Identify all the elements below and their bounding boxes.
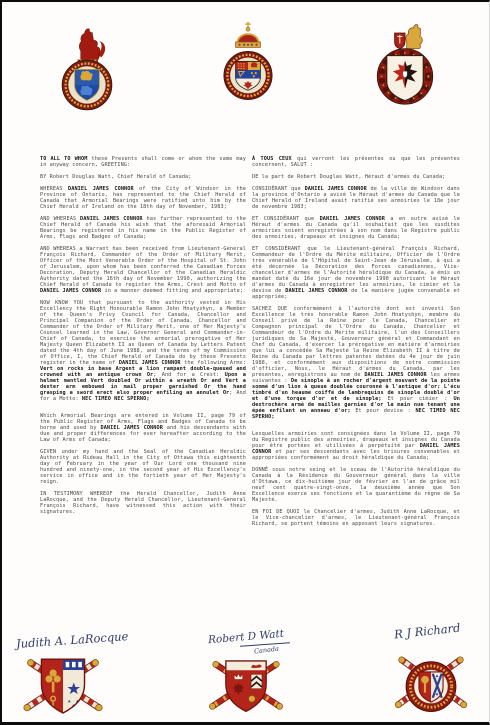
- lion-rampant: [79, 29, 99, 60]
- tree-foliage: [54, 675, 61, 682]
- chief-tower: [78, 662, 82, 667]
- france-fleur: [251, 72, 253, 74]
- text-run: DONNÉ sous notre seing et le sceau de l'…: [252, 467, 460, 503]
- paragraph: ET CONSIDÉRANT que le Lieutenant-général…: [252, 246, 460, 300]
- signature-deputy-herald-chancellor: R J Richard: [393, 621, 461, 642]
- signature-herald-chancellor: Judith A. LaRocque: [16, 629, 129, 651]
- france-fleur: [255, 72, 257, 74]
- crown-jewel: [256, 44, 258, 46]
- paragraph: NOW KNOW YOU that pursuant to the author…: [40, 300, 246, 402]
- paragraph: IN TESTIMONY WHEREOF the Herald Chancell…: [40, 491, 246, 515]
- text-run: BY Robert Douglas Watt, Chief Herald of …: [40, 174, 192, 180]
- text-run: AND WHEREAS a Warrant has been received …: [40, 246, 246, 288]
- baton-tip: [461, 702, 467, 708]
- paragraph: WHEREAS DANIEL JAMES CONNOR of the City …: [40, 186, 246, 210]
- baton-tip: [92, 660, 98, 666]
- paragraph: DONNÉ sous notre seing et le sceau de l'…: [252, 467, 460, 503]
- letters-patent-document: TO ALL TO WHOM these Presents shall come…: [0, 0, 490, 725]
- paragraph: ET CONSIDÉRANT que DANIEL JAMES CONNOR a…: [252, 216, 460, 240]
- blue-spot: [436, 693, 438, 695]
- text-run: DE la part de Robert Douglas Watt, Hérau…: [252, 174, 445, 180]
- crown-arches: [237, 34, 259, 43]
- english-text-column: TO ALL TO WHOM these Presents shall come…: [40, 156, 246, 521]
- larocque-arms-icon: [18, 652, 108, 722]
- paragraph: AND WHEREAS a Warrant has been received …: [40, 246, 246, 294]
- baton-tip: [273, 661, 279, 667]
- gold-garb: [249, 695, 256, 702]
- chief-herald-lion-badge-icon: [52, 14, 122, 124]
- tree-trunk: [424, 682, 426, 692]
- watt-arms-icon: [204, 653, 288, 721]
- royal-crown-icon: [236, 22, 261, 48]
- crown-jewel: [238, 44, 240, 46]
- paragraph: TO ALL TO WHOM these Presents shall come…: [40, 156, 246, 168]
- paragraph: GIVEN under my hand and the Seal of the …: [40, 449, 246, 485]
- inner-mini-shield: [403, 71, 407, 78]
- text-run: IN TESTIMONY WHEREOF the Herald Chancell…: [40, 491, 246, 515]
- paragraph: CONSIDÉRANT que DANIEL JAMES CONNOR de l…: [252, 186, 460, 210]
- chief-tower: [72, 662, 76, 667]
- bold-text-run: NEC TIMEO NEC SPERNO;: [82, 396, 150, 402]
- bold-text-run: DANIEL JAMES CONNOR: [40, 288, 101, 294]
- paragraph: Lesquelles armoiries sont consignées dan…: [252, 431, 460, 461]
- paragraph: SACHEZ QUE conformément à l'autorité don…: [252, 306, 460, 420]
- paragraph: DE la part de Robert Douglas Watt, Hérau…: [252, 174, 460, 180]
- tree-trunk: [52, 682, 55, 693]
- text-run: Et pour devise :: [351, 408, 416, 414]
- text-run: GIVEN under my hand and the Seal of the …: [40, 449, 246, 485]
- french-text-column: À TOUS CEUX qui verront les présentes ou…: [252, 156, 460, 533]
- text-run: et par ses descendants avec les brisures…: [252, 449, 460, 461]
- chief-tower: [66, 662, 70, 667]
- quarter-france: [248, 70, 260, 79]
- text-run: SACHEZ QUE conformément à l'autorité don…: [252, 306, 460, 378]
- bold-text-run: DANIEL JAMES CONNOR: [285, 288, 347, 294]
- tree-foliage: [50, 670, 57, 677]
- crest-lion: [406, 25, 423, 49]
- paragraph: EN FOI DE QUOI le Chancelier d'armes, Ju…: [252, 509, 460, 527]
- baton-tip: [96, 704, 102, 710]
- tree-foliage: [46, 675, 53, 682]
- paragraph: BY Robert Douglas Watt, Chief Herald of …: [40, 174, 246, 180]
- text-run: NOW KNOW YOU that pursuant to the author…: [40, 300, 246, 366]
- baton-tip: [24, 704, 30, 710]
- paragraph: Which Armorial Bearings are entered in V…: [40, 413, 246, 443]
- baton-tip: [27, 660, 33, 666]
- crown-jewel: [251, 44, 253, 46]
- crown-orb: [246, 27, 250, 31]
- baton-tip: [277, 703, 283, 709]
- crown-jewel: [243, 44, 245, 46]
- baton-tip: [213, 661, 219, 667]
- baton-tip: [457, 657, 463, 663]
- paragraph: À TOUS CEUX qui verront les présentes ou…: [252, 156, 460, 168]
- france-fleur: [253, 75, 255, 77]
- crown-jewel: [247, 44, 249, 46]
- richard-arms-icon: [388, 647, 474, 721]
- baton-tip: [395, 702, 401, 708]
- text-run: EN FOI DE QUOI le Chancelier d'armes, Ju…: [252, 509, 460, 527]
- text-run: in a manner deemed fitting and appropria…: [101, 288, 243, 294]
- blue-spot: [436, 675, 438, 677]
- text-run: ET CONSIDÉRANT que le Lieutenant-général…: [252, 246, 460, 294]
- paragraph: AND WHEREAS DANIEL JAMES CONNOR has furt…: [40, 216, 246, 240]
- baton-tip: [399, 657, 405, 663]
- heraldic-authority-crown-badge-icon: [213, 8, 283, 118]
- crown-cross-h: [245, 23, 250, 25]
- baton-tip: [209, 703, 215, 709]
- heraldic-authority-wreath-badge-icon: [366, 16, 444, 116]
